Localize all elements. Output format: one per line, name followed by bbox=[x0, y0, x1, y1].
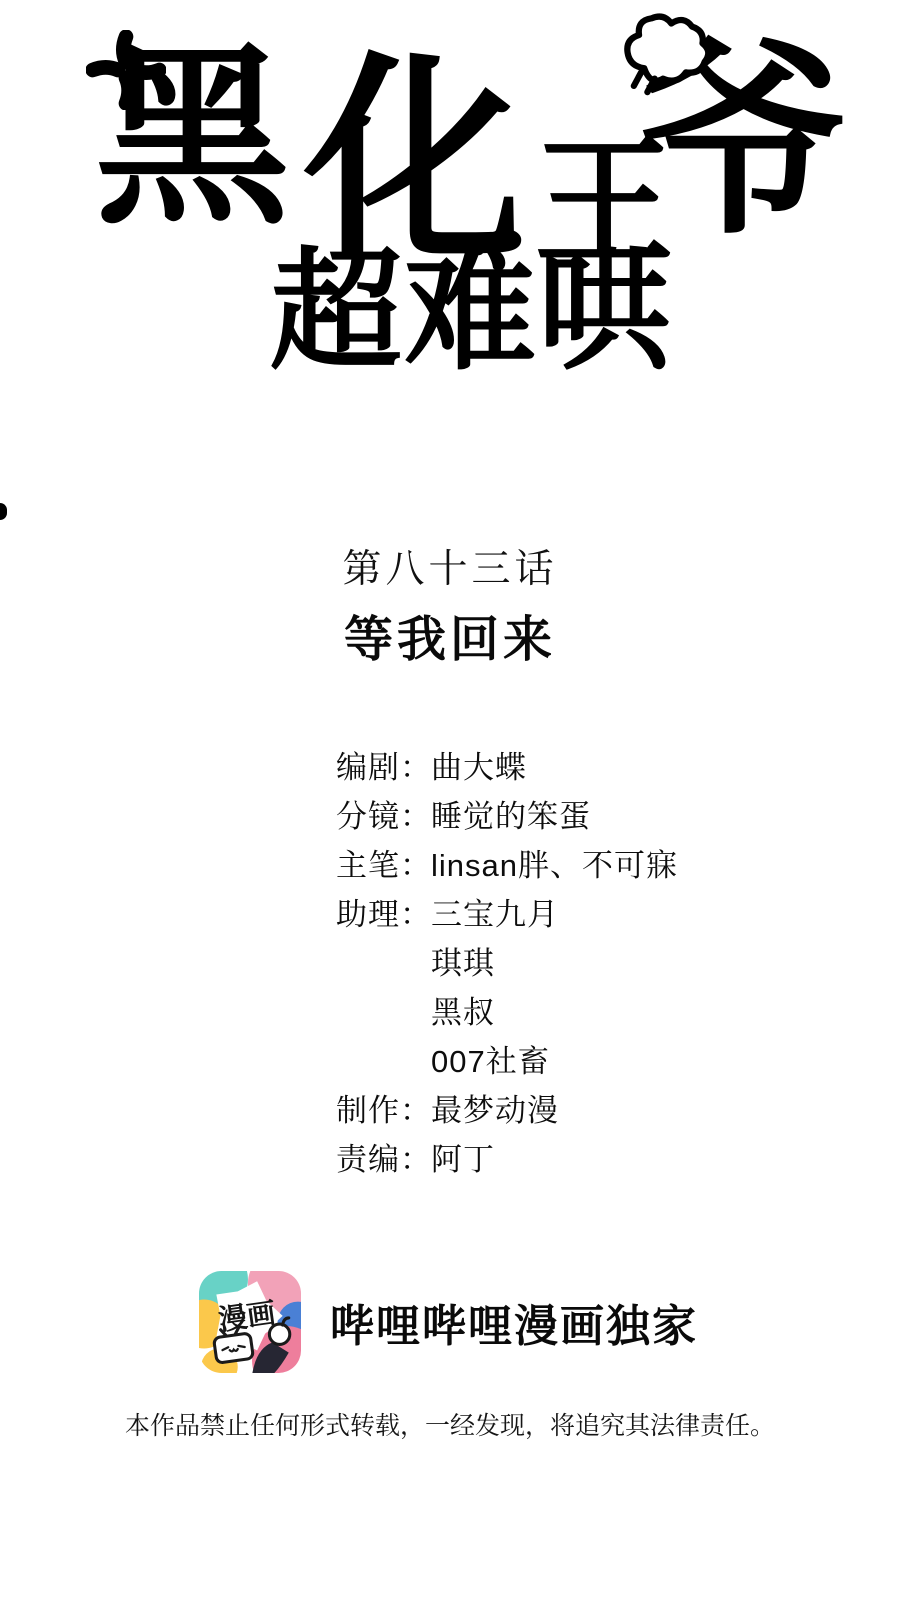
credit-row: 编剧： 曲大蝶 bbox=[336, 743, 678, 792]
credit-label: 责编： bbox=[336, 1135, 431, 1184]
bilibili-manga-logo: 漫画 bbox=[199, 1271, 301, 1373]
credit-row: 主笔： linsan胖、不可寐 bbox=[336, 841, 678, 890]
credit-value: 007社畜 bbox=[431, 1037, 550, 1086]
chapter-heading: 第八十三话 等我回来 bbox=[0, 538, 900, 671]
credit-value: 琪琪 bbox=[431, 939, 495, 988]
credit-value: 最梦动漫 bbox=[431, 1086, 559, 1135]
credit-label: 主笔： bbox=[336, 841, 431, 890]
credit-label: 分镜： bbox=[336, 792, 431, 841]
chapter-name: 等我回来 bbox=[0, 601, 900, 671]
credit-value: 阿丁 bbox=[431, 1135, 495, 1184]
bubble-edge-dot bbox=[0, 503, 7, 520]
steam-puff-icon bbox=[612, 10, 716, 114]
title-char: 黑 bbox=[95, 40, 290, 235]
credit-row: 助理： 三宝九月 bbox=[336, 890, 678, 939]
credit-label: 制作： bbox=[336, 1086, 431, 1135]
credit-row: 琪琪 bbox=[336, 939, 678, 988]
credit-value: 黑叔 bbox=[431, 988, 495, 1037]
credit-value: 睡觉的笨蛋 bbox=[431, 792, 591, 841]
credits-list: 编剧： 曲大蝶 分镜： 睡觉的笨蛋 主笔： linsan胖、不可寐 助理： 三宝… bbox=[336, 743, 678, 1184]
credit-label bbox=[336, 1037, 431, 1086]
credit-label bbox=[336, 988, 431, 1037]
copyright-notice: 本作品禁止任何形式转载，一经发现，将追究其法律责任。 bbox=[0, 1406, 900, 1442]
credit-row: 责编： 阿丁 bbox=[336, 1135, 678, 1184]
credit-value: linsan胖、不可寐 bbox=[431, 841, 678, 890]
credit-value: 三宝九月 bbox=[431, 890, 559, 939]
comic-title-page: 黑 化 王 爷 超难哄 第八十三话 等我回来 编剧： 曲大蝶 分镜： 睡觉的笨蛋… bbox=[0, 0, 900, 1623]
credit-label: 助理： bbox=[336, 890, 431, 939]
credit-row: 分镜： 睡觉的笨蛋 bbox=[336, 792, 678, 841]
credit-row: 007社畜 bbox=[336, 1037, 678, 1086]
credit-row: 制作： 最梦动漫 bbox=[336, 1086, 678, 1135]
series-title-line2: 超难哄 bbox=[270, 246, 672, 378]
chapter-number: 第八十三话 bbox=[0, 538, 900, 594]
credit-label bbox=[336, 939, 431, 988]
credit-row: 黑叔 bbox=[336, 988, 678, 1037]
publisher-exclusive-text: 哔哩哔哩漫画独家 bbox=[330, 1290, 698, 1354]
credit-value: 曲大蝶 bbox=[431, 743, 527, 792]
credit-label: 编剧： bbox=[336, 743, 431, 792]
